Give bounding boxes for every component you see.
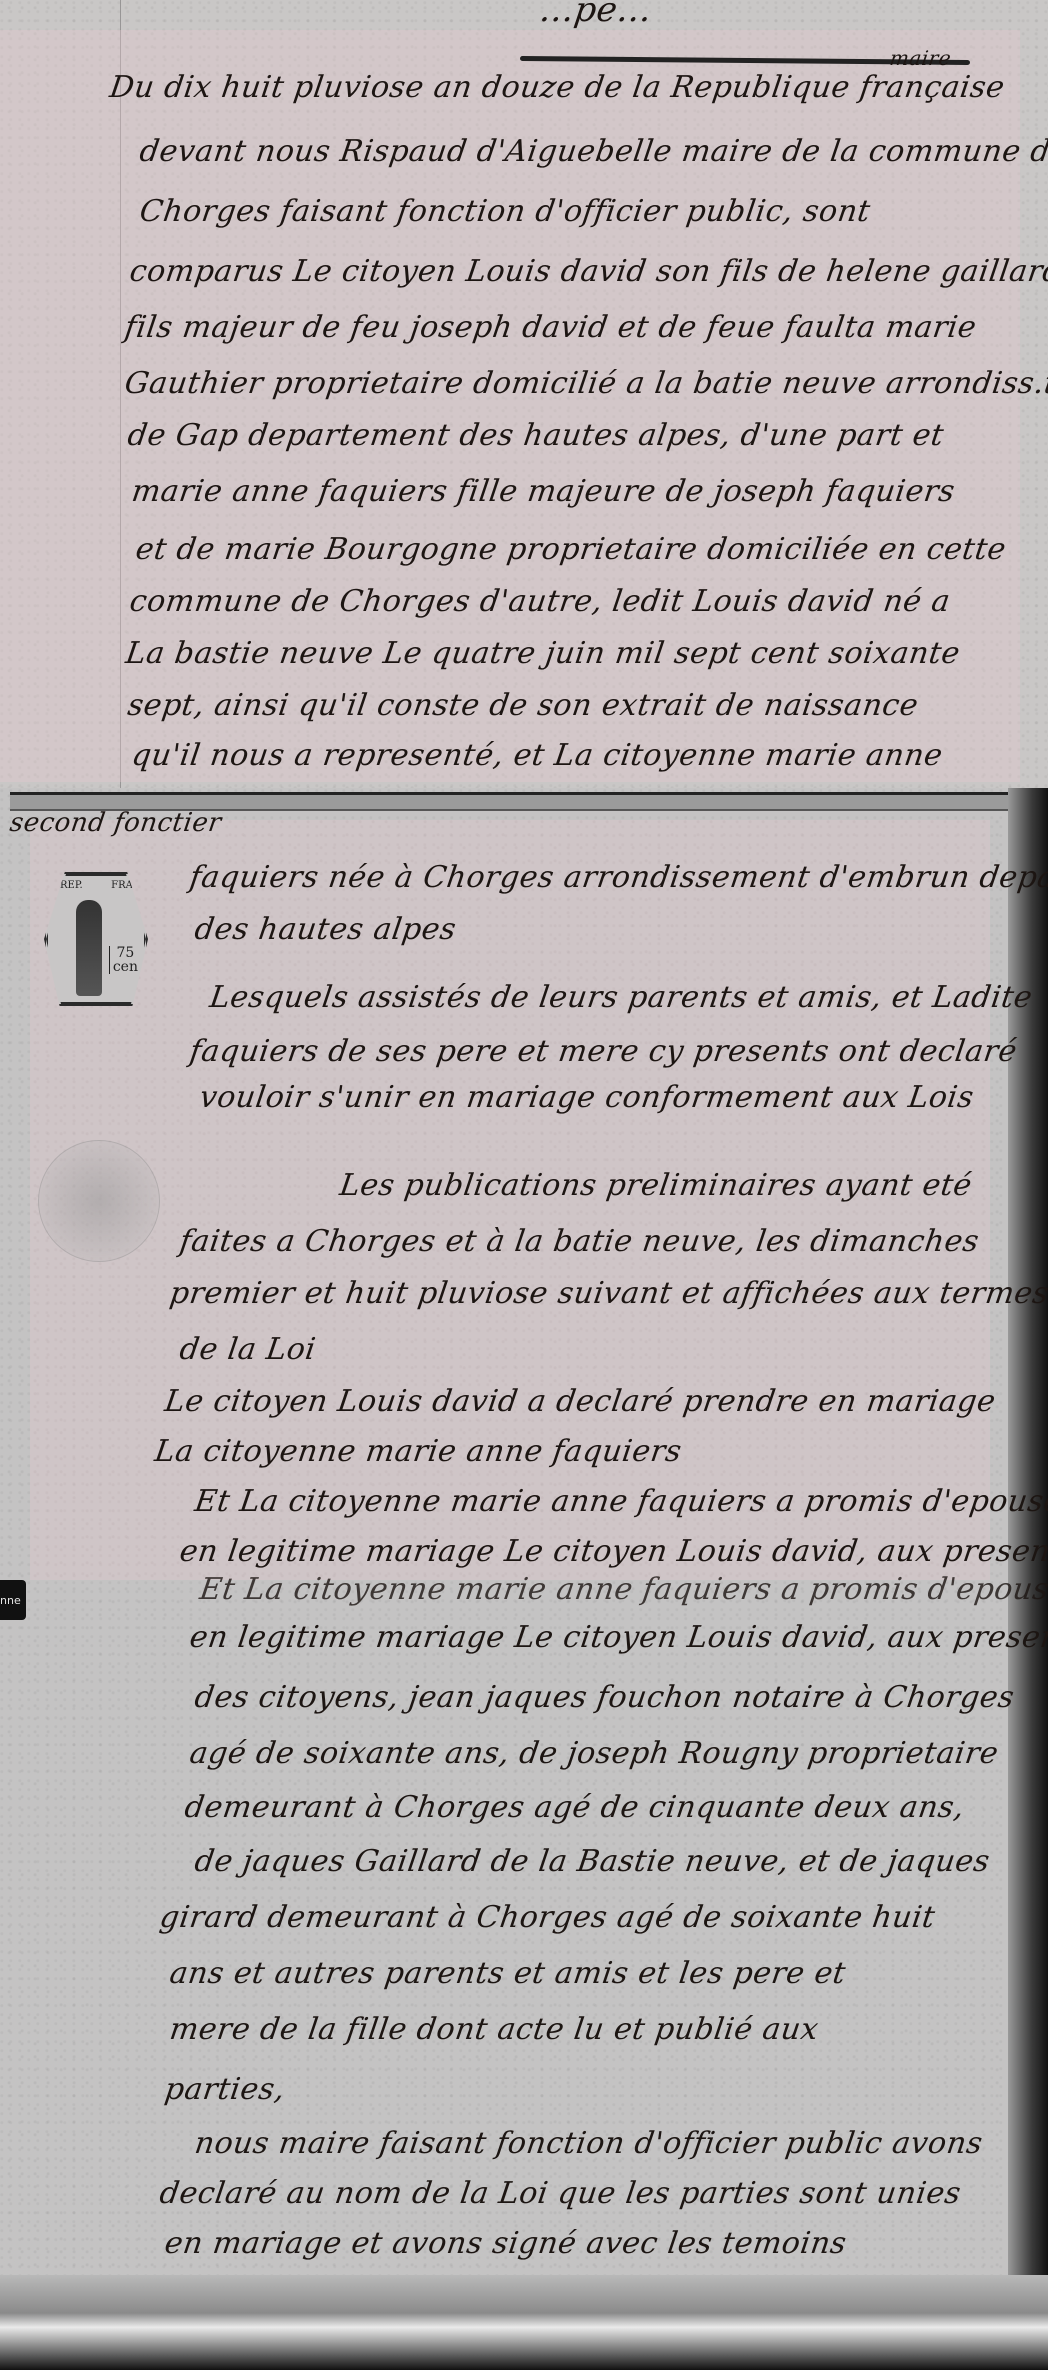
text-line: et de marie Bourgogne proprietaire domic…: [134, 532, 1009, 567]
text-line: Les publications preliminaires ayant eté: [338, 1168, 975, 1203]
text-line: faquiers née à Chorges arrondissement d'…: [188, 860, 1048, 895]
text-line: comparus Le citoyen Louis david son fils…: [128, 254, 1048, 289]
text-line: girard demeurant à Chorges agé de soixan…: [158, 1900, 938, 1935]
embossed-seal-icon: [38, 1140, 160, 1262]
text-line: devant nous Rispaud d'Aiguebelle maire d…: [138, 134, 1048, 169]
text-line: Le citoyen Louis david a declaré prendre…: [163, 1384, 998, 1419]
text-line: marie anne faquiers fille majeure de jos…: [130, 474, 958, 509]
side-tooltip[interactable]: nne: [0, 1580, 26, 1620]
text-line: parties,: [163, 2072, 288, 2107]
top-fragment: …pé…: [537, 0, 655, 30]
stamp-value: 75 cen: [109, 946, 138, 974]
text-line: sept, ainsi qu'il conste de son extrait …: [126, 688, 921, 723]
text-line: de jaques Gaillard de la Bastie neuve, e…: [193, 1844, 993, 1879]
text-line: mere de la fille dont acte lu et publié …: [168, 2012, 821, 2047]
text-line: de la Loi: [178, 1332, 319, 1367]
text-line: Lesquels assistés de leurs parents et am…: [208, 980, 1035, 1015]
text-line: fils majeur de feu joseph david et de fe…: [123, 310, 979, 345]
text-line: premier et huit pluviose suivant et affi…: [168, 1276, 1048, 1311]
insert-above-line: maire: [888, 46, 953, 70]
margin-rule: [120, 0, 121, 788]
text-line: qu'il nous a representé, et La citoyenne…: [130, 738, 945, 773]
text-line: ans et autres parents et amis et les per…: [168, 1956, 848, 1991]
text-line: agé de soixante ans, de joseph Rougny pr…: [188, 1736, 1001, 1771]
text-line: demeurant à Chorges agé de cinquante deu…: [183, 1790, 967, 1825]
text-line: faites a Chorges et à la batie neuve, le…: [178, 1224, 982, 1259]
revenue-stamp: REP. FRA. 75 cen: [44, 872, 148, 1006]
text-line: commune de Chorges d'autre, ledit Louis …: [128, 584, 953, 619]
text-line: La citoyenne marie anne faquiers: [153, 1434, 684, 1469]
text-line: Gauthier proprietaire domicilié a la bat…: [123, 366, 1048, 401]
document-page-1: …pé… maire Du dix huit pluviose an douze…: [0, 0, 1048, 788]
text-line: en legitime mariage Le citoyen Louis dav…: [188, 1620, 1048, 1655]
text-line: nous maire faisant fonction d'officier p…: [193, 2126, 985, 2161]
marianne-figure-icon: [76, 900, 102, 996]
text-line: des citoyens, jean jaques fouchon notair…: [193, 1680, 1017, 1715]
text-line: en mariage et avons signé avec les temoi…: [163, 2226, 849, 2261]
text-line: Et La citoyenne marie anne faquiers a pr…: [193, 1484, 1048, 1519]
text-line: vouloir s'unir en mariage conformement a…: [198, 1080, 977, 1115]
text-line: des hautes alpes: [193, 912, 459, 947]
tooltip-text: nne: [0, 1594, 21, 1607]
margin-note: second fonctier: [8, 808, 223, 838]
text-line: de Gap departement des hautes alpes, d'u…: [126, 418, 947, 453]
stamp-left-text: REP.: [60, 880, 83, 891]
text-line: en legitime mariage Le citoyen Louis dav…: [178, 1534, 1048, 1569]
text-line: faquiers de ses pere et mere cy presents…: [188, 1034, 1020, 1069]
page-bottom-edge: [0, 2275, 1048, 2370]
text-line: La bastie neuve Le quatre juin mil sept …: [124, 636, 963, 671]
text-line: declaré au nom de la Loi que les parties…: [158, 2176, 964, 2211]
text-line-duplicate: Et La citoyenne marie anne faquiers a pr…: [198, 1572, 1048, 1607]
text-line: Chorges faisant fonction d'officier publ…: [138, 194, 873, 229]
text-line: Du dix huit pluviose an douze de la Repu…: [108, 70, 1007, 105]
